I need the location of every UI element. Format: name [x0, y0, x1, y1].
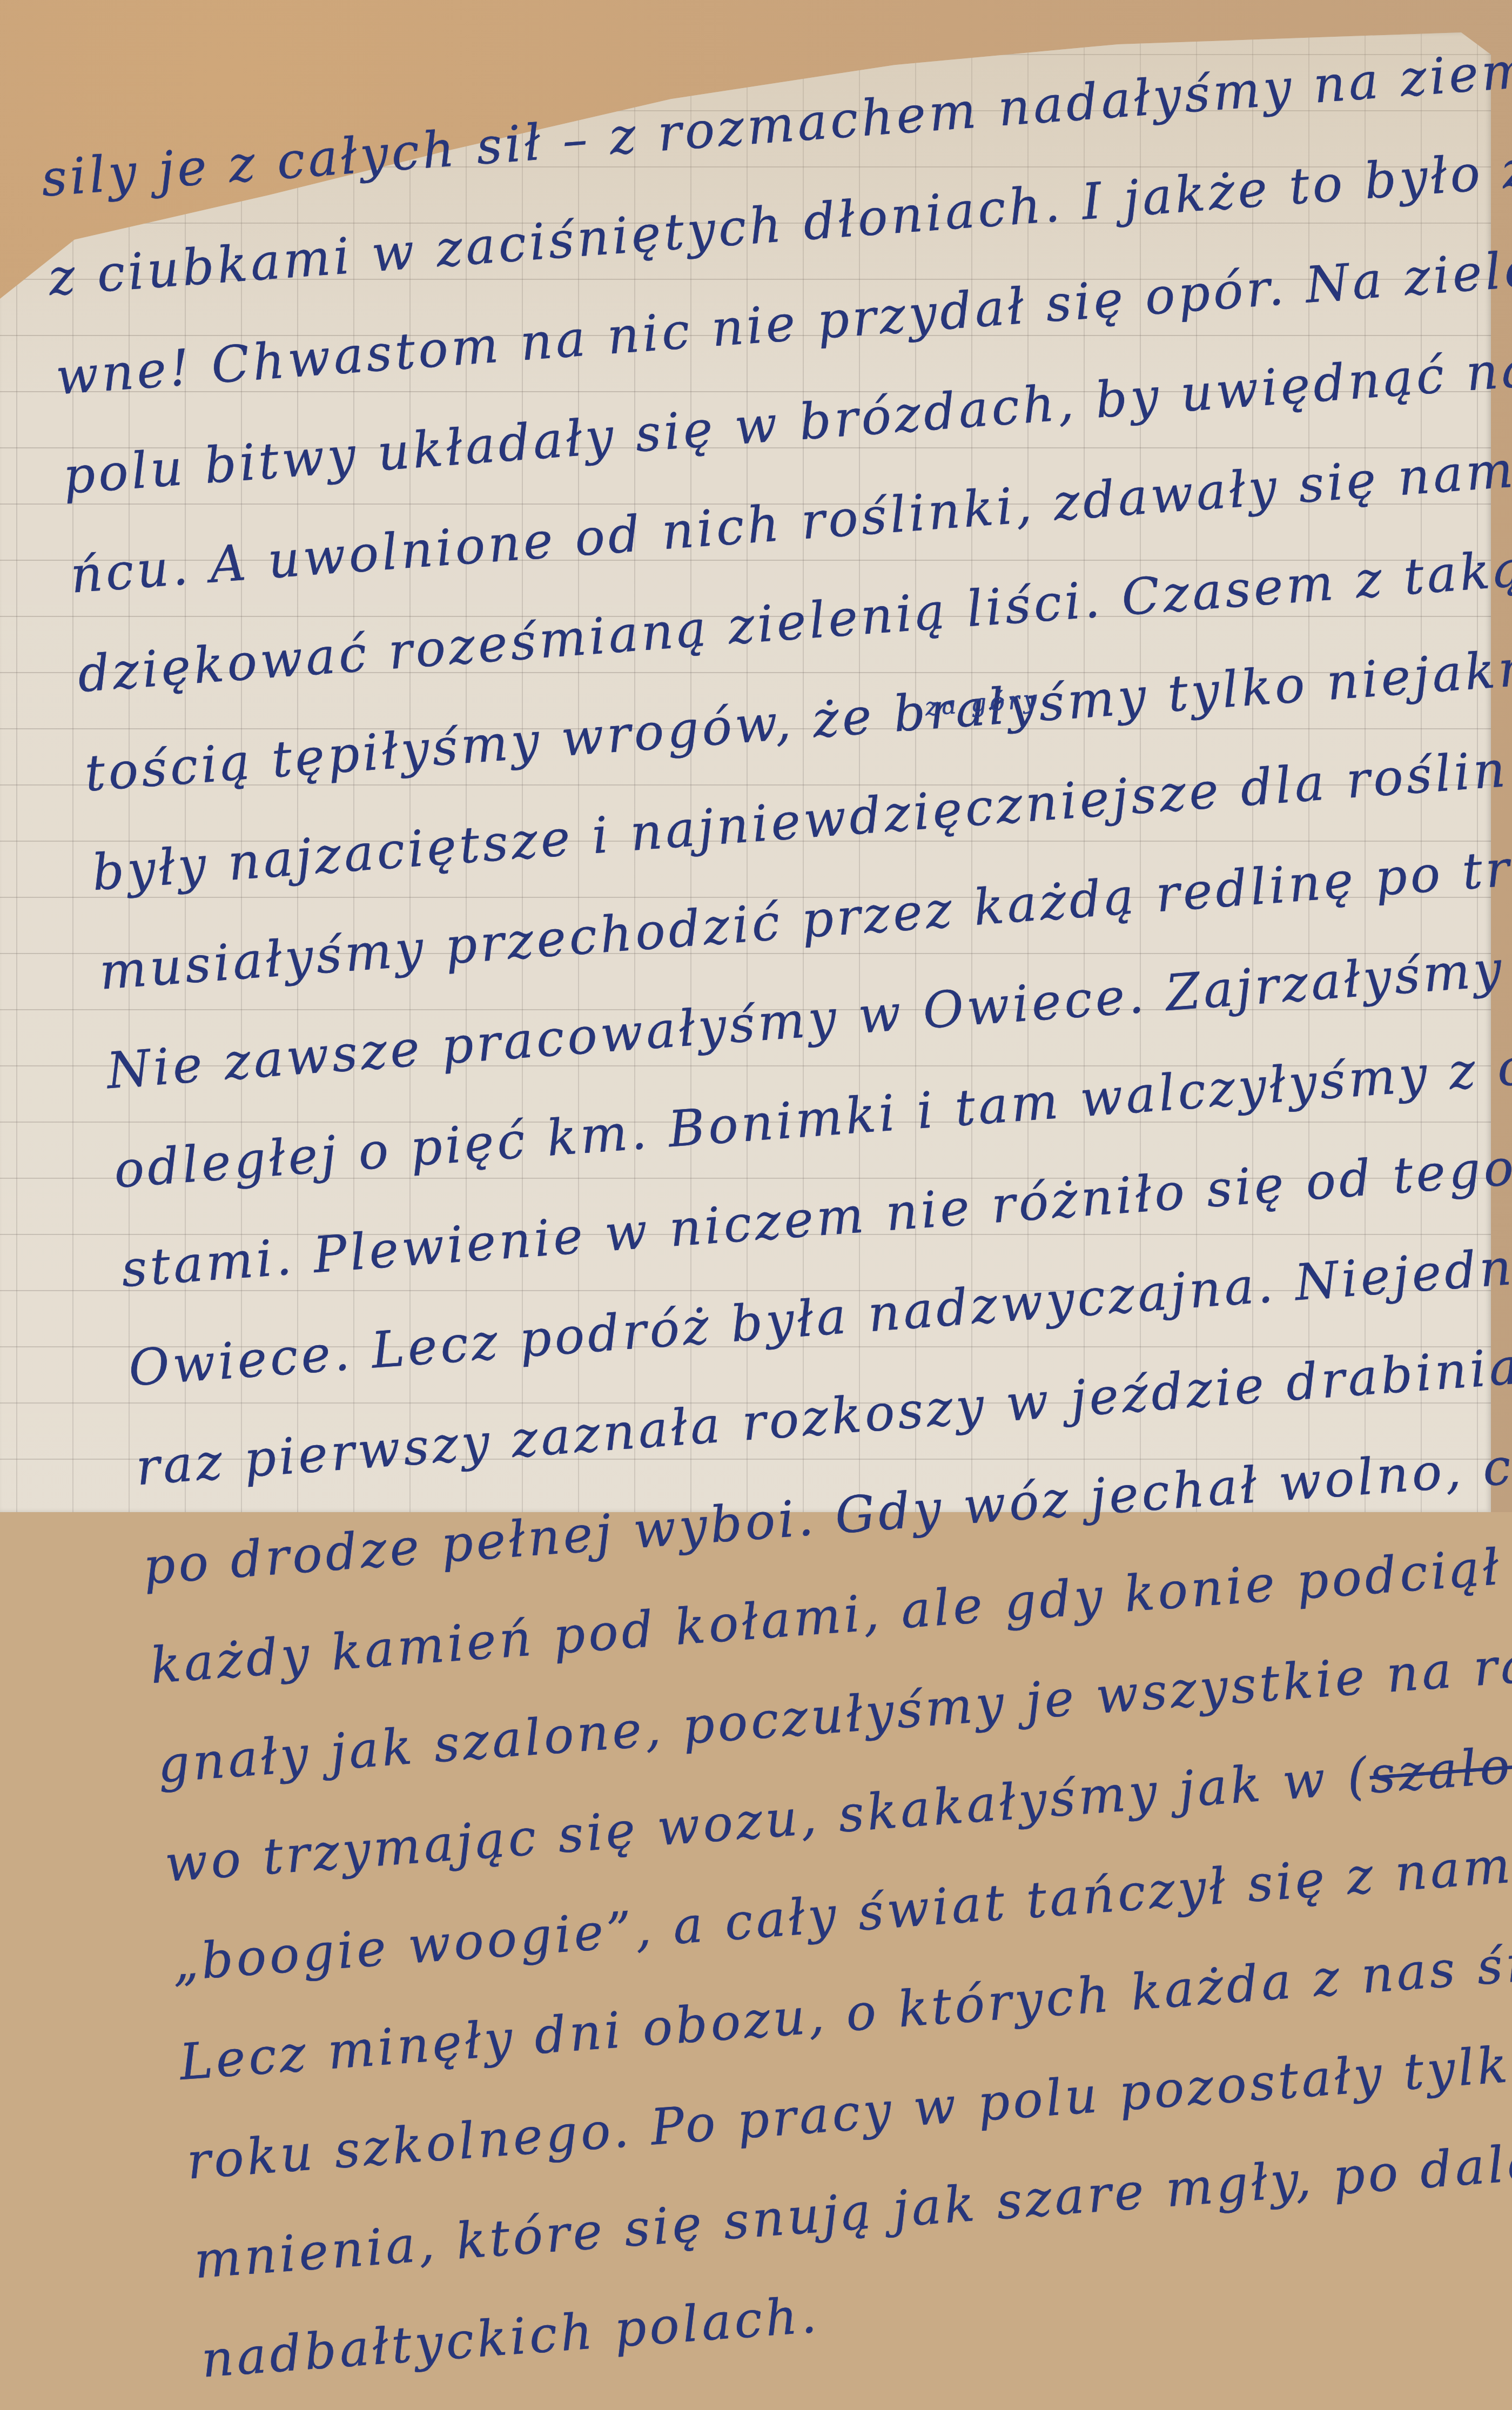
handwritten-text-block: sily je z całych sił – z rozmachem nadał… — [38, 23, 1512, 1512]
inserted-annotation: za góry — [922, 649, 1044, 756]
